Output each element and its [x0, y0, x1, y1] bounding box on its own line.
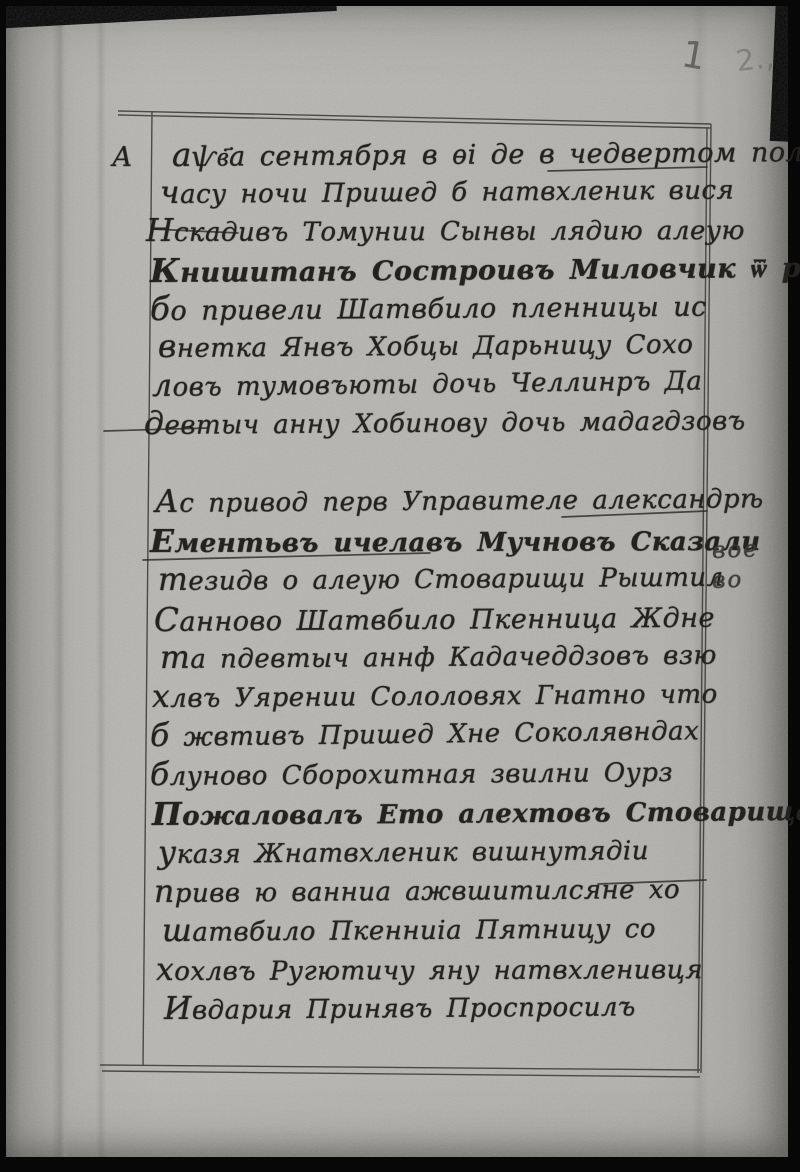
paper-crease [96, 6, 106, 1157]
manuscript-line: Ементьвъ ичелавъ Мучновъ Сказали [150, 524, 800, 565]
manuscript-line: Ивдария Принявъ Проспросилъ [164, 989, 800, 1033]
paper-crease [52, 6, 70, 1157]
manuscript-line: тезидв о алеую Стоварищи Рыштил [158, 560, 800, 604]
manuscript-paragraph-1: аѱв҃а сентября в ѳі де в чедвертом полю … [150, 139, 800, 448]
manuscript-line: хохлвъ Ругютичу яну натвхленивця [156, 953, 800, 994]
manuscript-line: Книшитанъ Состроивъ Миловчик ѿ ро [150, 249, 800, 293]
manuscript-line: шатвбило Пкенниіа Пятницу со [162, 911, 800, 955]
margin-note-line: во [711, 566, 759, 598]
manuscript-line: Ас привод перв Управителе александрѣ [155, 482, 800, 526]
manuscript-line: бо привели Шатвбило пленницы ис [150, 288, 800, 332]
manuscript-line: Санново Шатвбило Пкенница Ждне [154, 599, 800, 643]
manuscript-line: аѱв҃а сентября в ѳі де в чедвертом полю [172, 134, 800, 178]
manuscript-paragraph-2: Ас привод перв Управителе александрѣ Еме… [150, 487, 800, 1033]
manuscript-line: б жвтивъ Пришед Хне Соколявндах [150, 713, 800, 760]
margin-note: вое во [712, 537, 759, 597]
margin-letter: А [112, 142, 133, 173]
manuscript-line: Пожаловалъ Ето алехтовъ Стоварища [152, 794, 800, 838]
margin-note-line: вое [711, 536, 759, 568]
manuscript-line: ловъ тумовъюты дочь Челлинръ Да [152, 362, 800, 409]
manuscript-line: девтыч анну Хобинову дочь мадагдзовъ [144, 404, 800, 448]
manuscript-line: указя Жнатвхленик вишнутядіи [158, 833, 800, 877]
manuscript-line: блуново Сборохитная звилни Оурз [150, 755, 800, 799]
manuscript-line: привв ю ванниа ажвшитилсяне хо [154, 872, 800, 916]
pencil-faint-mark: 2., [734, 40, 776, 78]
manuscript-line: Нскадивъ Томунии Сынвы лядию алеую [146, 214, 800, 255]
manuscript-line: часу ночи Пришед б натвхленик вися [160, 172, 800, 216]
manuscript-line: та пдевтыч аннф Кадачеддзовъ взю [160, 638, 800, 682]
